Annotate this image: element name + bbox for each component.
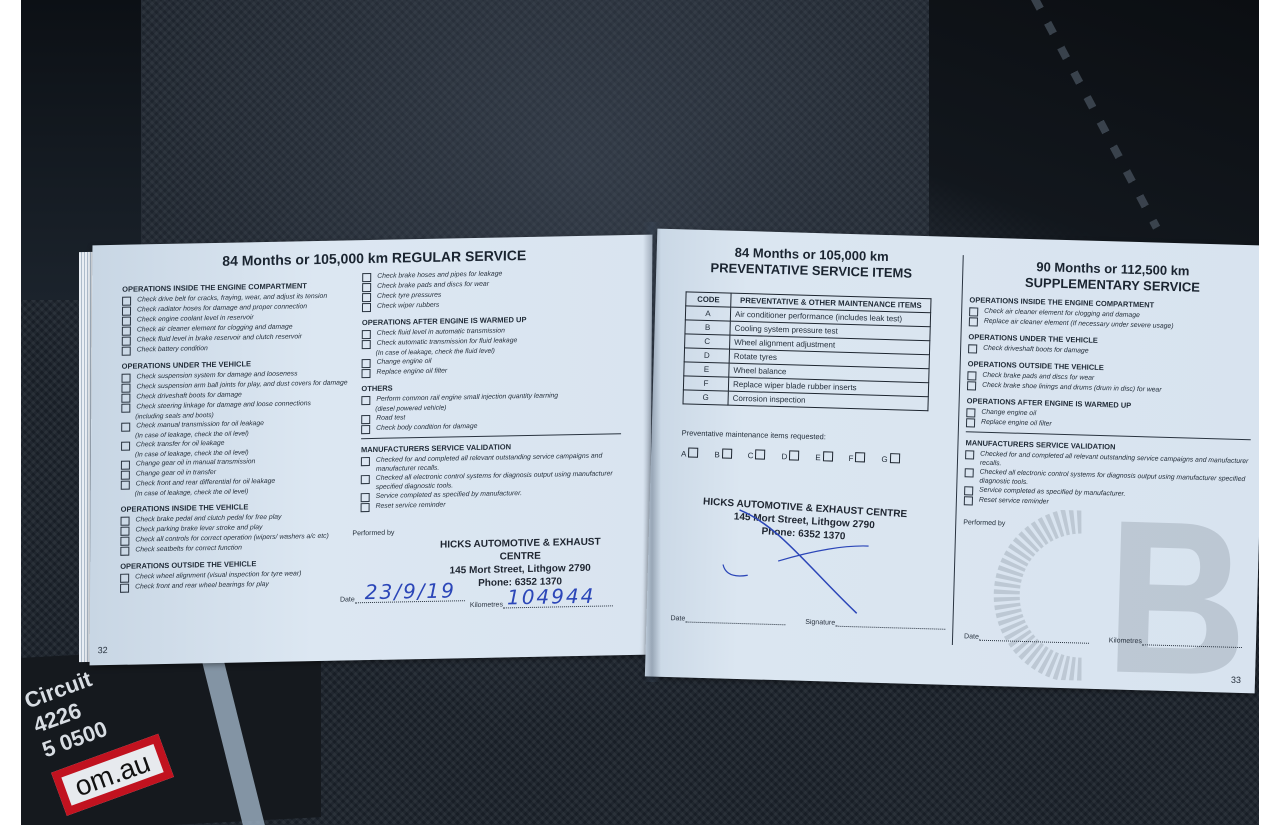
checkbox[interactable] <box>121 517 130 526</box>
requested-code-option[interactable]: A <box>681 447 699 458</box>
table-header-code: CODE <box>686 292 731 307</box>
item-code: F <box>683 376 728 391</box>
section-divider <box>361 433 621 439</box>
kilometres-handwritten: 104944 <box>507 584 596 610</box>
checkbox[interactable] <box>965 450 974 459</box>
checkbox[interactable] <box>855 452 865 462</box>
checkbox[interactable] <box>966 408 975 417</box>
checkbox[interactable] <box>688 448 698 458</box>
supplementary-date-field[interactable]: Date <box>964 629 1089 643</box>
checkbox[interactable] <box>361 503 370 512</box>
watermark-logo <box>987 508 1252 685</box>
checklist-item-text: Road test <box>376 413 405 423</box>
page-number: 33 <box>1231 675 1241 685</box>
date-field[interactable]: Date <box>670 611 785 625</box>
checklist-item-text: Check tyre pressures <box>377 291 441 301</box>
requested-code-option[interactable]: E <box>815 451 833 462</box>
checkbox[interactable] <box>122 337 131 346</box>
checkbox[interactable] <box>121 404 130 413</box>
checkbox[interactable] <box>120 584 129 593</box>
checkbox[interactable] <box>122 307 131 316</box>
photo-background: Circuit 4226 5 0500 om.au 84 Months or 1… <box>21 0 1259 825</box>
checkbox[interactable] <box>967 381 976 390</box>
checkbox[interactable] <box>967 371 976 380</box>
checkbox[interactable] <box>121 442 130 451</box>
page-number: 32 <box>98 645 108 655</box>
checkbox[interactable] <box>121 461 130 470</box>
checkbox[interactable] <box>362 273 371 282</box>
checklist-item-text: Check body condition for damage <box>376 422 477 433</box>
checkbox[interactable] <box>122 327 131 336</box>
checklist-item-text: Check battery condition <box>137 344 208 354</box>
item-code: D <box>684 348 729 363</box>
column-divider <box>952 255 964 645</box>
checkbox[interactable] <box>362 359 371 368</box>
checkbox[interactable] <box>122 347 131 356</box>
kilometres-label: Kilometres <box>470 601 503 609</box>
requested-code-option[interactable]: F <box>848 452 865 463</box>
page-title: 84 Months or 105,000 km REGULAR SERVICE <box>222 247 526 269</box>
signature-field[interactable]: Signature <box>805 615 945 630</box>
checkbox[interactable] <box>122 374 131 383</box>
checklist-item-text: Check front and rear wheel bearings for … <box>135 580 269 592</box>
checkbox[interactable] <box>823 451 833 461</box>
checkbox[interactable] <box>361 415 370 424</box>
checkbox[interactable] <box>362 369 371 378</box>
item-code: G <box>683 390 728 405</box>
date-field[interactable]: Date 23/9/19 <box>340 590 465 603</box>
checkbox[interactable] <box>120 547 129 556</box>
checkbox[interactable] <box>969 307 978 316</box>
checkbox[interactable] <box>966 418 975 427</box>
checkbox[interactable] <box>120 574 129 583</box>
page-32: 84 Months or 105,000 km REGULAR SERVICE … <box>90 235 653 666</box>
checkbox[interactable] <box>361 493 370 502</box>
checkbox[interactable] <box>789 450 799 460</box>
checkbox[interactable] <box>722 448 732 458</box>
checkbox[interactable] <box>121 471 130 480</box>
checkbox[interactable] <box>121 394 130 403</box>
checklist-item-text: Reset service reminder <box>979 496 1049 507</box>
signature-scribble <box>717 504 870 618</box>
checkbox[interactable] <box>362 340 371 349</box>
preventative-section: 84 Months or 105,000 km PREVENTATIVE SER… <box>679 243 937 544</box>
checkbox[interactable] <box>120 527 129 536</box>
checkbox[interactable] <box>361 475 370 484</box>
checkbox[interactable] <box>121 481 130 490</box>
checklist-item-text: Check seatbelts for correct function <box>135 543 242 554</box>
date-handwritten: 23/9/19 <box>365 578 456 604</box>
checklist-item-text: Check driveshaft boots for damage <box>983 344 1089 356</box>
checkbox[interactable] <box>890 453 900 463</box>
requested-code-option[interactable]: C <box>748 449 766 460</box>
checklist-item-text: Change engine oil <box>377 357 432 367</box>
checklist-item-text: Change gear oil in transfer <box>136 468 216 479</box>
checkbox[interactable] <box>361 457 370 466</box>
checklist-item-text: Change engine oil <box>981 408 1036 419</box>
checkbox[interactable] <box>362 293 371 302</box>
checkbox[interactable] <box>362 330 371 339</box>
checkbox[interactable] <box>121 423 130 432</box>
checklist-item-text: Check wiper rubbers <box>377 301 439 311</box>
checkbox[interactable] <box>361 396 370 405</box>
item-code: C <box>685 334 730 349</box>
supplementary-section: 90 Months or 112,500 km SUPPLEMENTARY SE… <box>963 257 1255 534</box>
kilometres-field[interactable]: Kilometres 104944 <box>470 595 613 609</box>
performed-by-label: Performed by <box>352 530 394 538</box>
item-code: A <box>685 306 730 321</box>
page-33: 84 Months or 105,000 km PREVENTATIVE SER… <box>645 229 1259 694</box>
requested-code-option[interactable]: G <box>881 453 900 465</box>
checklist-column-2: Check brake hoses and pipes for leakageC… <box>361 267 623 512</box>
checklist-item-text: Replace engine oil filter <box>981 418 1052 429</box>
service-logbook: 84 Months or 105,000 km REGULAR SERVICE … <box>91 222 1259 692</box>
checkbox[interactable] <box>968 344 977 353</box>
item-code: B <box>685 320 730 335</box>
checkbox[interactable] <box>965 468 974 477</box>
book-gutter <box>643 222 661 682</box>
checkbox[interactable] <box>964 496 973 505</box>
checkbox[interactable] <box>362 283 371 292</box>
preventative-items-table: CODE PREVENTATIVE & OTHER MAINTENANCE IT… <box>682 291 931 411</box>
checkbox[interactable] <box>120 537 129 546</box>
stamp-name: HICKS AUTOMOTIVE & EXHAUST CENTRE <box>420 535 620 565</box>
checkbox[interactable] <box>122 317 131 326</box>
requested-codes: ABCDEFG <box>681 447 931 465</box>
item-code: E <box>684 362 729 377</box>
requested-code-option[interactable]: D <box>781 450 799 461</box>
checkbox[interactable] <box>362 303 371 312</box>
checkbox[interactable] <box>964 486 973 495</box>
checkbox[interactable] <box>755 449 765 459</box>
checklist-item-text: Reset service reminder <box>376 501 446 511</box>
checklist-item-text: Replace engine oil filter <box>377 367 448 377</box>
requested-label: Preventative maintenance items requested… <box>682 428 932 444</box>
checklist-item-text: Check transfer for oil leakage <box>136 439 224 450</box>
date-label: Date <box>340 596 355 603</box>
checkbox[interactable] <box>969 317 978 326</box>
supplementary-checklist: OPERATIONS INSIDE THE ENGINE COMPARTMENT… <box>964 295 1255 513</box>
checkbox[interactable] <box>361 425 370 434</box>
requested-code-option[interactable]: B <box>714 448 732 459</box>
checkbox[interactable] <box>121 384 130 393</box>
checklist-column-1: OPERATIONS INSIDE THE ENGINE COMPARTMENT… <box>120 274 352 592</box>
checkbox[interactable] <box>122 297 131 306</box>
